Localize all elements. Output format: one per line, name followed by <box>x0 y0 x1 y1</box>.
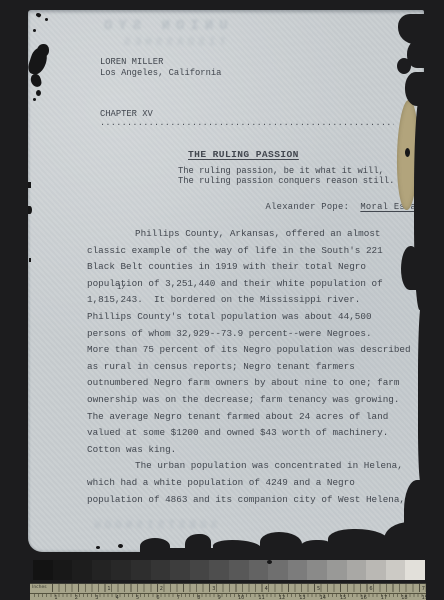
ink-stain <box>36 90 41 96</box>
attribution-author: Alexander Pope: <box>265 202 349 212</box>
body-line: which had a white population of 4249 and… <box>87 475 427 492</box>
cm-number: 1 <box>54 595 57 600</box>
body-line: classic example of the way of life in th… <box>87 243 427 260</box>
grayscale-step <box>190 560 210 580</box>
cm-number: 8 <box>197 595 200 600</box>
grayscale-step <box>92 560 112 580</box>
footnote-marker: 1/ <box>117 284 126 292</box>
ink-stain <box>37 44 49 57</box>
grayscale-step <box>347 560 367 580</box>
grayscale-step <box>209 560 229 580</box>
ink-stain <box>29 258 31 262</box>
ink-stain <box>45 18 48 21</box>
paper: UNION SYO TISOASSHES SOBSTSISNOOW LOREN … <box>28 10 424 552</box>
body-line: Phillips County's total population was a… <box>87 309 427 326</box>
ruler-inches-label: Inches <box>32 585 47 590</box>
inch-number: 2 <box>160 586 163 592</box>
body-line: population of 3,251,440 and their white … <box>87 276 427 293</box>
grayscale-step <box>33 560 53 580</box>
body-line: Cotton was king. <box>87 442 427 459</box>
body-text: 1/ Phillips County, Arkansas, offered an… <box>87 226 427 508</box>
ink-stain <box>96 546 100 549</box>
inch-number: 3 <box>212 586 215 592</box>
torn-edge <box>418 300 428 485</box>
body-line: persons of whom 32,929--73.9 percent--we… <box>87 326 427 343</box>
body-line: 1,815,243. It bordered on the Mississipp… <box>87 292 427 309</box>
cm-number: 17 <box>381 595 387 600</box>
body-line: The average Negro tenant farmed about 24… <box>87 409 427 426</box>
ink-stain <box>28 182 31 188</box>
page-title: THE RULING PASSION <box>188 149 299 160</box>
ruler-cm-ticks <box>34 594 426 597</box>
grayscale-step <box>229 560 249 580</box>
author-name: LOREN MILLER <box>100 57 163 68</box>
body-line: More than 75 percent of its Negro popula… <box>87 342 427 359</box>
body-line: Phillips County, Arkansas, offered an al… <box>87 226 427 243</box>
grayscale-step <box>170 560 190 580</box>
epigraph: The ruling passion, be it what it will, … <box>178 167 394 187</box>
scan-background: UNION SYO TISOASSHES SOBSTSISNOOW LOREN … <box>0 0 444 600</box>
cm-number: 3 <box>95 595 98 600</box>
grayscale-step <box>111 560 131 580</box>
grayscale-step <box>151 560 171 580</box>
ink-stain <box>33 98 36 101</box>
cm-number: 9 <box>218 595 221 600</box>
cm-number: 13 <box>299 595 305 600</box>
ink-stain <box>405 148 410 157</box>
cm-number: 5 <box>136 595 139 600</box>
grayscale-step <box>72 560 92 580</box>
bleedthrough-text-top-1: UNION SYO <box>98 18 228 34</box>
body-line: Black Belt counties in 1919 with their t… <box>87 259 427 276</box>
cm-number: 12 <box>279 595 285 600</box>
bleedthrough-text-top-2: TISOASSHES <box>120 37 226 49</box>
grayscale-step <box>249 560 269 580</box>
body-line: ownership was on the decrease; farm tena… <box>87 392 427 409</box>
cm-number: 2 <box>75 595 78 600</box>
grayscale-step <box>288 560 308 580</box>
grayscale-step <box>405 560 425 580</box>
grayscale-step <box>366 560 386 580</box>
torn-edge <box>401 246 419 290</box>
ink-stain <box>33 29 36 32</box>
ruler: Inches 1234567 1234567891011121314151617… <box>30 583 426 600</box>
torn-edge <box>397 58 411 74</box>
cm-number: 16 <box>360 595 366 600</box>
body-line: The urban population was concentrated in… <box>87 458 427 475</box>
cm-number: 4 <box>116 595 119 600</box>
body-line: as rural in census reports; Negro tenant… <box>87 359 427 376</box>
grayscale-step <box>327 560 347 580</box>
inch-number: 1 <box>107 586 110 592</box>
cm-number: 6 <box>156 595 159 600</box>
chapter-dotted-line: ........................................… <box>100 118 394 128</box>
bleedthrough-text-bottom: SOBSTSISNOOW <box>90 520 217 532</box>
epigraph-line-2: The ruling passion conquers reason still… <box>178 177 394 187</box>
ink-stain <box>267 560 272 564</box>
body-line: population of 4863 and its companion cit… <box>87 492 427 509</box>
cm-number: 18 <box>401 595 407 600</box>
cm-number: 15 <box>340 595 346 600</box>
cm-number: 11 <box>258 595 264 600</box>
cm-number: 14 <box>320 595 326 600</box>
grayscale-step <box>131 560 151 580</box>
torn-edge <box>148 548 428 554</box>
body-line: valued at some $1200 and owned $43 worth… <box>87 425 427 442</box>
grayscale-wedge <box>33 560 425 580</box>
cm-number: 7 <box>177 595 180 600</box>
grayscale-step <box>386 560 406 580</box>
author-location: Los Angeles, California <box>100 68 221 79</box>
grayscale-step <box>307 560 327 580</box>
inch-number: 7 <box>422 586 425 592</box>
cm-number: 19 <box>422 595 426 600</box>
ink-stain <box>28 206 32 214</box>
epigraph-attribution: Alexander Pope: Moral Essays <box>232 192 427 222</box>
inch-number: 6 <box>369 586 372 592</box>
grayscale-step <box>53 560 73 580</box>
inch-number: 4 <box>265 586 268 592</box>
inch-number: 5 <box>317 586 320 592</box>
ink-stain <box>118 544 123 548</box>
body-line: outnumbered Negro farm owners by about n… <box>87 375 427 392</box>
cm-number: 10 <box>238 595 244 600</box>
